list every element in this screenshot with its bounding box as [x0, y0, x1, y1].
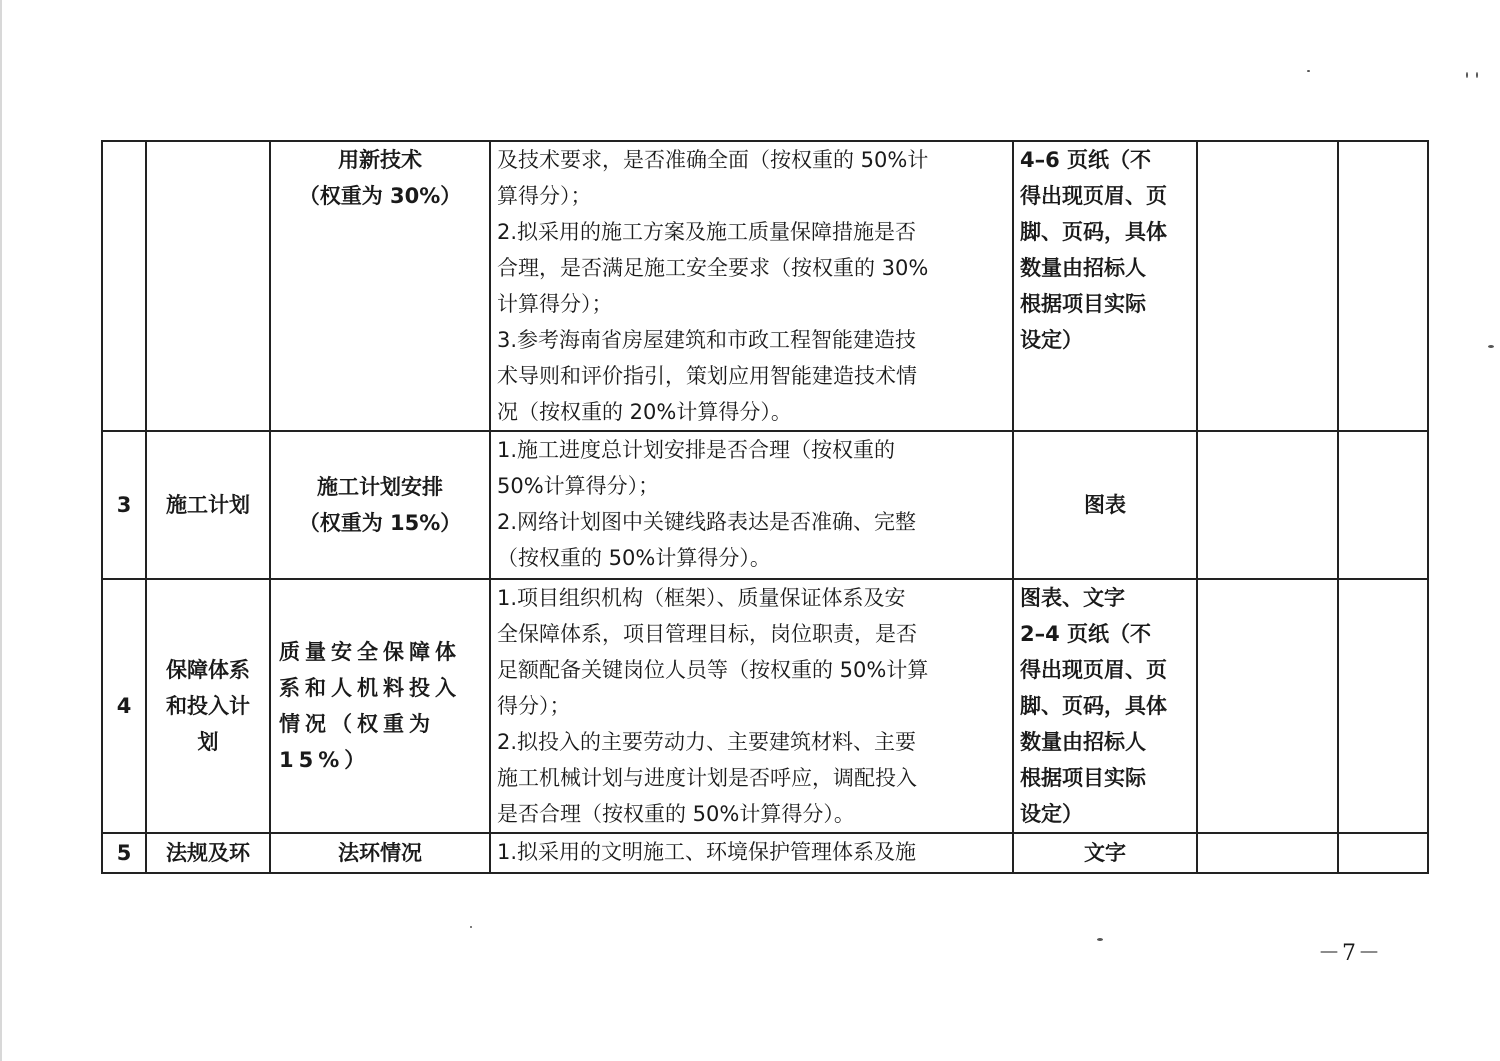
- criteria-cell: 1.项目组织机构（框架）、质量保证体系及安 全保障体系，项目管理目标，岗位职责，…: [490, 579, 1013, 833]
- category-cell: 施工计划: [146, 431, 270, 579]
- format-line: 根据项目实际: [1020, 760, 1190, 796]
- row-number: 3: [102, 431, 146, 579]
- criteria-line: 1.项目组织机构（框架）、质量保证体系及安: [497, 580, 1006, 616]
- remark-cell: [1338, 833, 1428, 873]
- format-cell: 图表: [1013, 431, 1197, 579]
- format-cell: 4–6 页纸（不 得出现页眉、页 脚、页码，具体 数量由招标人 根据项目实际 设…: [1013, 141, 1197, 431]
- format-line: 2–4 页纸（不: [1020, 616, 1190, 652]
- scan-speck: [1476, 72, 1478, 78]
- criteria-line: （按权重的 50%计算得分）。: [497, 540, 1006, 576]
- remark-cell: [1338, 431, 1428, 579]
- item-line: 系和人机料投入: [279, 670, 481, 706]
- item-line: （权重为 15%）: [279, 505, 481, 541]
- table-row: 用新技术 （权重为 30%） 及技术要求，是否准确全面（按权重的 50%计 算得…: [102, 141, 1428, 431]
- scan-speck: [1488, 345, 1494, 348]
- format-line: 图表: [1020, 487, 1190, 523]
- table-row: 5 法规及环 法环情况 1.拟采用的文明施工、环境保护管理体系及施 文字: [102, 833, 1428, 873]
- criteria-cell: 及技术要求，是否准确全面（按权重的 50%计 算得分）； 2.拟采用的施工方案及…: [490, 141, 1013, 431]
- criteria-line: 2.拟采用的施工方案及施工质量保障措施是否: [497, 214, 1006, 250]
- format-line: 设定）: [1020, 796, 1190, 832]
- scan-speck: [1097, 938, 1103, 941]
- item-line: 用新技术: [279, 142, 481, 178]
- criteria-line: 计算得分）；: [497, 286, 1006, 322]
- category-line: 保障体系: [153, 652, 263, 688]
- item-cell: 施工计划安排 （权重为 15%）: [270, 431, 490, 579]
- remark-cell: [1338, 579, 1428, 833]
- item-line: （权重为 30%）: [279, 178, 481, 214]
- criteria-line: 况（按权重的 20%计算得分）。: [497, 394, 1006, 430]
- score-cell: [1197, 141, 1338, 431]
- criteria-line: 合理，是否满足施工安全要求（按权重的 30%: [497, 250, 1006, 286]
- scan-speck: [1307, 70, 1310, 72]
- format-line: 4–6 页纸（不: [1020, 142, 1190, 178]
- criteria-line: 1.施工进度总计划安排是否合理（按权重的: [497, 432, 1006, 468]
- criteria-cell: 1.拟采用的文明施工、环境保护管理体系及施: [490, 833, 1013, 873]
- category-line: 划: [153, 724, 263, 760]
- format-cell: 图表、文字 2–4 页纸（不 得出现页眉、页 脚、页码，具体 数量由招标人 根据…: [1013, 579, 1197, 833]
- scan-speck: [1466, 72, 1468, 78]
- row-number: 5: [102, 833, 146, 873]
- category-line: 和投入计: [153, 688, 263, 724]
- format-line: 数量由招标人: [1020, 250, 1190, 286]
- format-line: 数量由招标人: [1020, 724, 1190, 760]
- criteria-line: 1.拟采用的文明施工、环境保护管理体系及施: [497, 834, 1006, 870]
- row-number: [102, 141, 146, 431]
- category-line: 法规及环: [153, 835, 263, 871]
- criteria-line: 2.网络计划图中关键线路表达是否准确、完整: [497, 504, 1006, 540]
- format-line: 得出现页眉、页: [1020, 652, 1190, 688]
- item-line: 15%）: [279, 742, 481, 778]
- page-number: －7－: [1318, 936, 1382, 967]
- format-line: 脚、页码，具体: [1020, 214, 1190, 250]
- item-line: 施工计划安排: [279, 469, 481, 505]
- item-cell: 法环情况: [270, 833, 490, 873]
- category-line: 施工计划: [153, 487, 263, 523]
- format-line: 图表、文字: [1020, 580, 1190, 616]
- item-cell: 质量安全保障体 系和人机料投入 情况（权重为 15%）: [270, 579, 490, 833]
- criteria-line: 及技术要求，是否准确全面（按权重的 50%计: [497, 142, 1006, 178]
- table-row: 4 保障体系 和投入计 划 质量安全保障体 系和人机料投入 情况（权重为 15%…: [102, 579, 1428, 833]
- format-line: 文字: [1020, 835, 1190, 871]
- criteria-line: 3.参考海南省房屋建筑和市政工程智能建造技: [497, 322, 1006, 358]
- remark-cell: [1338, 141, 1428, 431]
- scan-speck: [470, 926, 472, 928]
- row-number: 4: [102, 579, 146, 833]
- score-cell: [1197, 833, 1338, 873]
- criteria-line: 施工机械计划与进度计划是否呼应，调配投入: [497, 760, 1006, 796]
- criteria-line: 是否合理（按权重的 50%计算得分）。: [497, 796, 1006, 832]
- criteria-cell: 1.施工进度总计划安排是否合理（按权重的 50%计算得分）； 2.网络计划图中关…: [490, 431, 1013, 579]
- criteria-line: 2.拟投入的主要劳动力、主要建筑材料、主要: [497, 724, 1006, 760]
- criteria-line: 算得分）；: [497, 178, 1006, 214]
- criteria-line: 得分）；: [497, 688, 1006, 724]
- item-cell: 用新技术 （权重为 30%）: [270, 141, 490, 431]
- format-line: 根据项目实际: [1020, 286, 1190, 322]
- table-row: 3 施工计划 施工计划安排 （权重为 15%） 1.施工进度总计划安排是否合理（…: [102, 431, 1428, 579]
- score-cell: [1197, 579, 1338, 833]
- criteria-line: 足额配备关键岗位人员等（按权重的 50%计算: [497, 652, 1006, 688]
- category-cell: 法规及环: [146, 833, 270, 873]
- criteria-line: 50%计算得分）；: [497, 468, 1006, 504]
- criteria-line: 术导则和评价指引，策划应用智能建造技术情: [497, 358, 1006, 394]
- format-line: 得出现页眉、页: [1020, 178, 1190, 214]
- score-cell: [1197, 431, 1338, 579]
- category-cell: 保障体系 和投入计 划: [146, 579, 270, 833]
- criteria-line: 全保障体系，项目管理目标，岗位职责，是否: [497, 616, 1006, 652]
- format-cell: 文字: [1013, 833, 1197, 873]
- scoring-table: 用新技术 （权重为 30%） 及技术要求，是否准确全面（按权重的 50%计 算得…: [101, 140, 1429, 874]
- item-line: 情况（权重为: [279, 706, 481, 742]
- item-line: 质量安全保障体: [279, 634, 481, 670]
- item-line: 法环情况: [279, 835, 481, 871]
- format-line: 设定）: [1020, 322, 1190, 358]
- format-line: 脚、页码，具体: [1020, 688, 1190, 724]
- category-cell: [146, 141, 270, 431]
